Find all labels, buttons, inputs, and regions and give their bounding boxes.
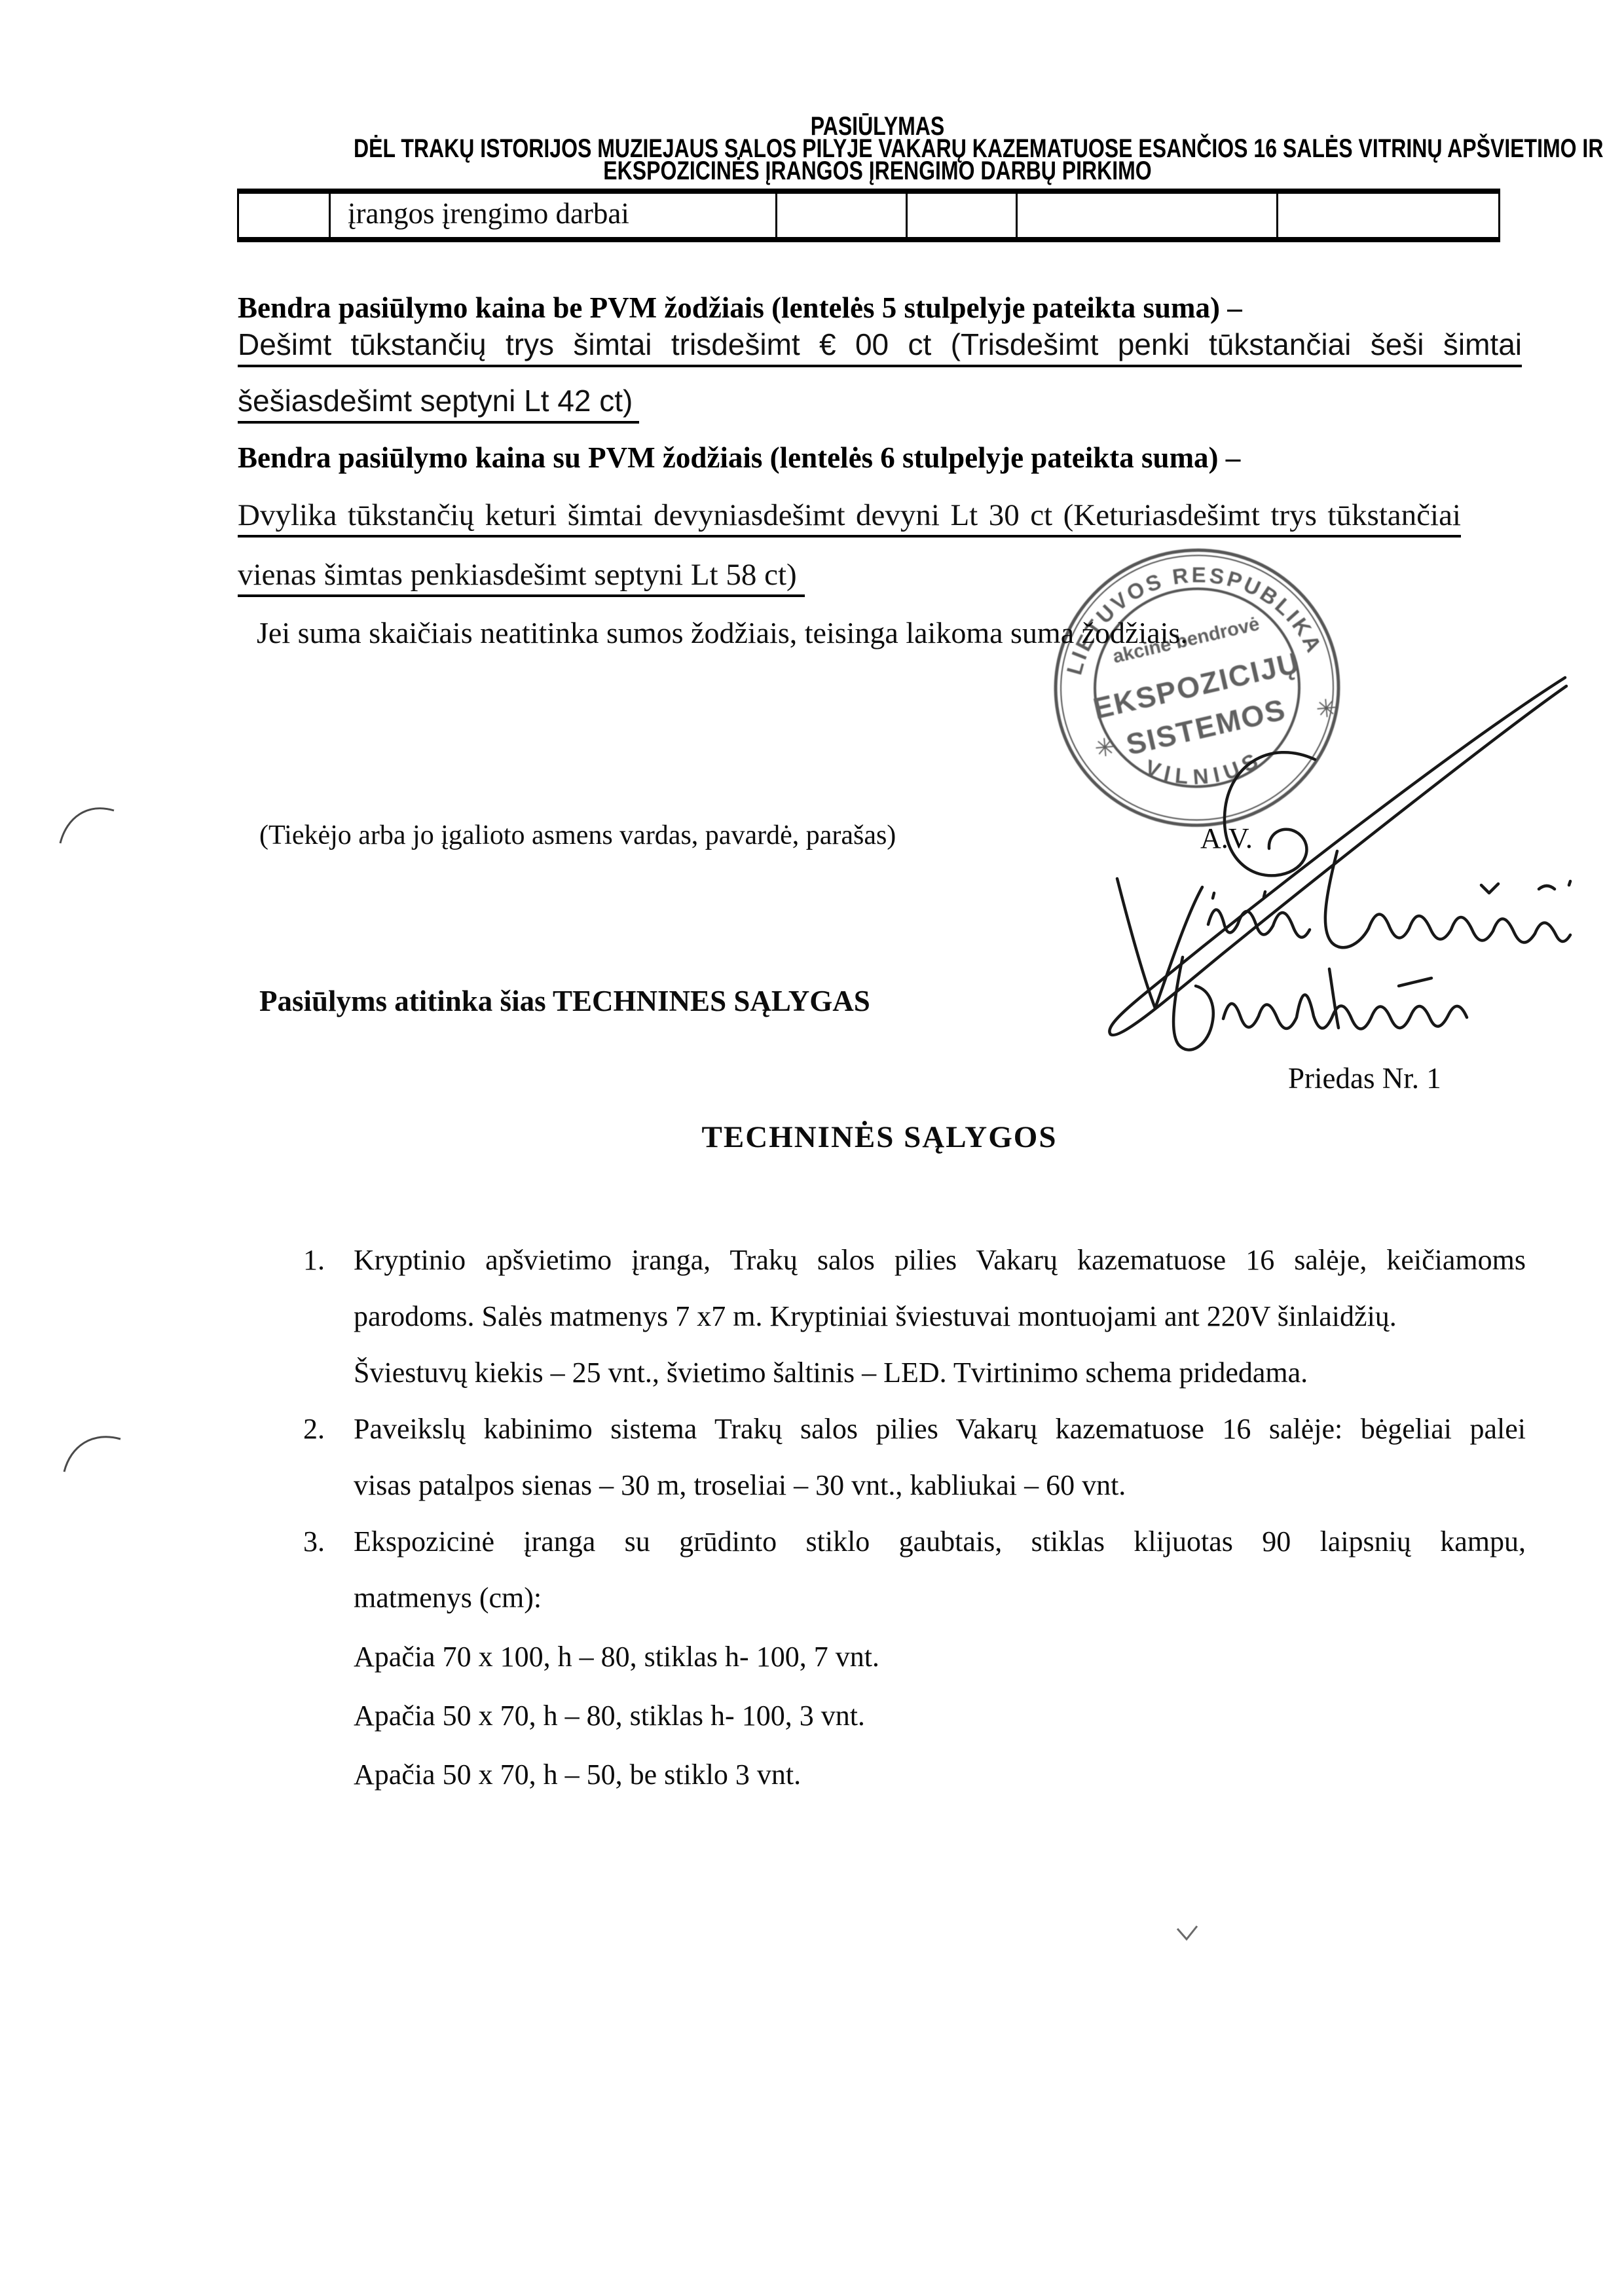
sum-in-words-note: Jei suma skaičiais neatitinka sumos žodž… [257,615,1188,650]
list-number-1: 1. [303,1243,325,1277]
small-check-artifact [1177,1926,1197,1939]
left-margin-arc-artifact [60,809,114,843]
signature-direktorius-d [1173,957,1213,1050]
signature-i-dots [1213,892,1265,898]
price-incl-vat-words-line1: Dvylika tūkstančių keturi šimtai devynia… [238,498,1461,538]
table-cell-number [239,194,331,237]
list-number-2: 2. [303,1412,325,1446]
signature-diacritics [1481,881,1570,893]
scanned-proposal-document: PASIŪLYMAS DĖL TRAKŲ ISTORIJOS MUZIEJAUS… [0,0,1624,2296]
stamp-star-right-icon: ✳ [1315,695,1338,724]
signature-surname-l [1325,851,1369,947]
left-margin-arc-artifact [64,1437,120,1472]
compliance-statement: Pasiūlyms atitinka šias TECHNINES SĄLYGA… [259,984,870,1018]
stamp-star-left-icon: ✳ [1094,734,1116,763]
item3-line1: Ekspozicinė įranga su grūdinto stiklo ga… [354,1525,1526,1558]
spec-line-1: Apačia 70 x 100, h – 80, stiklas h- 100,… [354,1640,1526,1673]
price-incl-vat-label: Bendra pasiūlymo kaina su PVM žodžiais (… [238,441,1240,475]
item3-line2: matmenys (cm): [354,1581,1526,1614]
price-excl-vat-words-line1: Dešimt tūkstančių trys šimtai trisdešimt… [238,327,1522,367]
item1-line2: parodoms. Salės matmenys 7 x7 m. Kryptin… [354,1300,1526,1333]
document-subtitle-line2: EKSPOZICINĖS ĮRANGOS ĮRENGIMO DARBŲ PIRK… [354,160,1401,182]
table-cell-works: įrangos įrengimo darbai [331,194,777,237]
signature-surname-squiggle [1369,914,1570,942]
table-cell-3 [777,194,908,237]
item2-line1: Paveikslų kabinimo sistema Trakų salos p… [354,1412,1526,1446]
seal-mark-av: A.V. [1200,822,1253,855]
signer-caption: (Tiekėjo arba jo įgalioto asmens vardas,… [259,820,896,851]
price-incl-vat-words-line2: vienas šimtas penkiasdešimt septyni Lt 5… [238,557,805,597]
table-cell-5 [1018,194,1278,237]
price-excl-vat-label: Bendra pasiūlymo kaina be PVM žodžiais (… [238,291,1242,325]
spec-line-2: Apačia 50 x 70, h – 80, stiklas h- 100, … [354,1699,1526,1732]
annex-label: Priedas Nr. 1 [1288,1061,1441,1095]
item1-line3: Šviestuvų kiekis – 25 vnt., švietimo šal… [354,1356,1526,1389]
table-cell-4 [908,194,1018,237]
tech-conditions-title: TECHNINĖS SĄLYGOS [238,1120,1521,1155]
signature-t-bar [1329,969,1431,1028]
item1-line1: Kryptinio apšvietimo įranga, Trakų salos… [354,1243,1526,1277]
list-number-3: 3. [303,1525,325,1558]
offer-table-row: įrangos įrengimo darbai [237,189,1500,242]
signature-direktorius-squiggle [1223,994,1467,1029]
document-header: PASIŪLYMAS DĖL TRAKŲ ISTORIJOS MUZIEJAUS… [223,115,1532,182]
item2-line2: visas patalpos sienas – 30 m, troseliai … [354,1468,1526,1502]
company-round-stamp: LIETUVOS RESPUBLIKA VILNIUS ✳ ✳ akcinė b… [1035,530,1367,844]
signature-name-squiggle [1208,909,1310,937]
signature-letter-v [1117,879,1202,1008]
price-excl-vat-words-line2: šešiasdešimt septyni Lt 42 ct) [238,383,639,424]
table-cell-6 [1278,194,1498,237]
spec-line-3: Apačia 50 x 70, h – 50, be stiklo 3 vnt. [354,1758,1526,1791]
